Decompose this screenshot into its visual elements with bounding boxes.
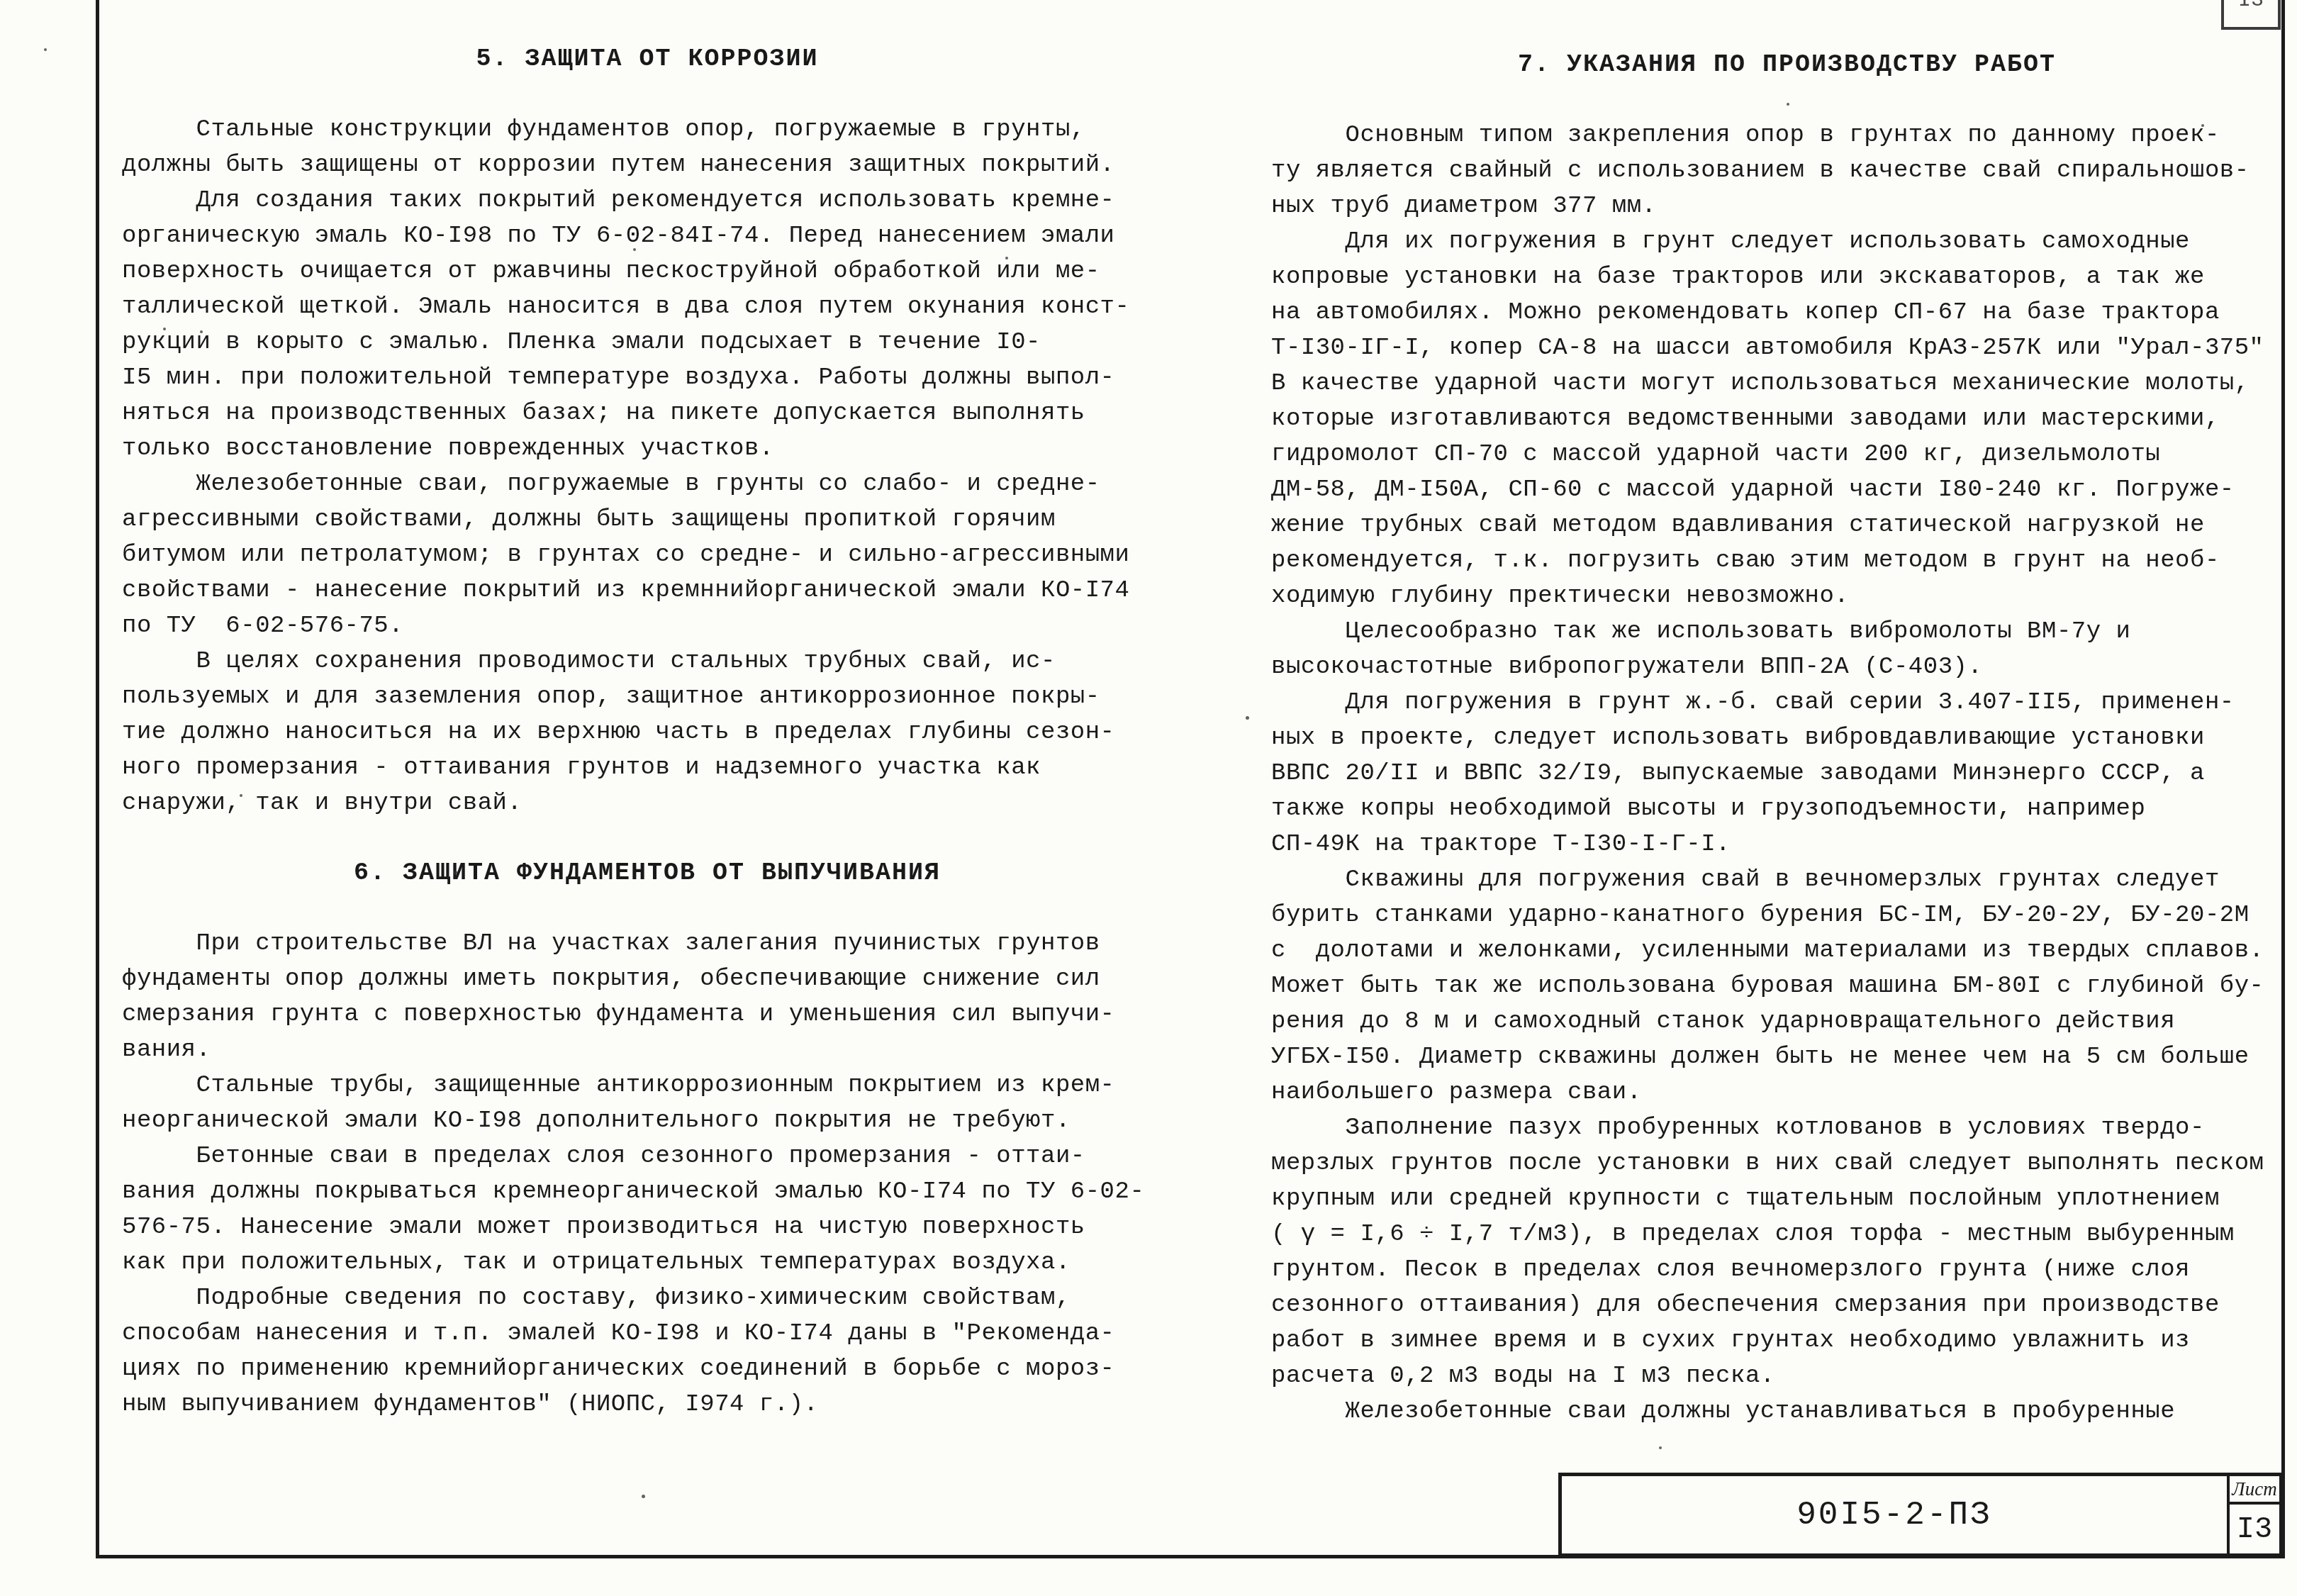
- section-heading: 7. УКАЗАНИЯ ПО ПРОИЗВОДСТВУ РАБОТ: [1271, 47, 2297, 82]
- text-line: бурить станками ударно-канатного бурения…: [1271, 898, 2297, 933]
- text-line: рукции в корыто с эмалью. Пленка эмали п…: [122, 325, 1173, 360]
- text-line: также копры необходимой высоты и грузопо…: [1271, 791, 2297, 827]
- text-line: Для их погружения в грунт следует исполь…: [1271, 224, 2297, 260]
- scanned-document-page: I3 5. ЗАЩИТА ОТ КОРРОЗИИ Стальные констр…: [0, 0, 2297, 1596]
- scan-speck: [1246, 716, 1249, 720]
- text-line: агрессивными свойствами, должны быть защ…: [122, 502, 1173, 537]
- text-line: неорганической эмали КО-I98 дополнительн…: [122, 1103, 1173, 1139]
- text-line: УГБХ-I50. Диаметр скважины должен быть н…: [1271, 1039, 2297, 1075]
- text-line: как при положительных, так и отрицательн…: [122, 1245, 1173, 1280]
- text-line: Т-I30-IГ-I, копер СА-8 на шасси автомоби…: [1271, 330, 2297, 366]
- text-line: вания должны покрываться кремнеорганичес…: [122, 1174, 1173, 1210]
- scan-speck: [1659, 1446, 1662, 1449]
- text-line: ту является свайный с использованием в к…: [1271, 153, 2297, 189]
- text-line: которые изготавливаются ведомственными з…: [1271, 401, 2297, 437]
- text-line: ного промерзания - оттаивания грунтов и …: [122, 750, 1173, 786]
- text-line: няться на производственных базах; на пик…: [122, 396, 1173, 431]
- scan-speck: [163, 328, 166, 330]
- scan-speck: [633, 248, 636, 251]
- text-line: ных труб диаметром 377 мм.: [1271, 189, 2297, 224]
- text-line: мерзлых грунтов после установки в них св…: [1271, 1146, 2297, 1181]
- text-line: копровые установки на базе тракторов или…: [1271, 260, 2297, 295]
- text-line: способам нанесения и т.п. эмалей КО-I98 …: [122, 1316, 1173, 1351]
- text-line: высокочастотные вибропогружатели ВПП-2А …: [1271, 649, 2297, 685]
- text-line: Железобетонные сваи, погружаемые в грунт…: [122, 467, 1173, 502]
- text-line: В целях сохранения проводимости стальных…: [122, 644, 1173, 679]
- text-line: ВВПС 20/II и ВВПС 32/I9, выпускаемые зав…: [1271, 756, 2297, 791]
- text-line: таллической щеткой. Эмаль наносится в дв…: [122, 289, 1173, 325]
- scan-speck: [454, 871, 457, 874]
- text-line: органическую эмаль КО-I98 по ТУ 6-02-84I…: [122, 218, 1173, 254]
- text-line: крупным или средней крупности с тщательн…: [1271, 1181, 2297, 1217]
- text-line: снаружи, так и внутри свай.: [122, 786, 1173, 821]
- scan-speck: [2201, 124, 2204, 127]
- text-line: циях по применению кремнийорганических с…: [122, 1351, 1173, 1387]
- text-line: Для погружения в грунт ж.-б. свай серии …: [1271, 685, 2297, 720]
- sheet-number: I3: [2230, 1505, 2279, 1553]
- text-line: пользуемых и для заземления опор, защитн…: [122, 679, 1173, 715]
- text-line: Заполнение пазух пробуренных котлованов …: [1271, 1110, 2297, 1146]
- corner-page-number: I3: [2238, 0, 2264, 13]
- text-line: рекомендуется, т.к. погрузить сваю этим …: [1271, 543, 2297, 579]
- text-line: Стальные конструкции фундаментов опор, п…: [122, 112, 1173, 147]
- text-line: I5 мин. при положительной температуре во…: [122, 360, 1173, 396]
- scan-speck: [1005, 257, 1008, 260]
- text-line: Подробные сведения по составу, физико-хи…: [122, 1280, 1173, 1316]
- text-line: работ в зимнее время и в сухих грунтах н…: [1271, 1323, 2297, 1358]
- text-line: Бетонные сваи в пределах слоя сезонного …: [122, 1139, 1173, 1174]
- text-line: сезонного оттаивания) для обеспечения см…: [1271, 1288, 2297, 1323]
- text-line: фундаменты опор должны иметь покрытия, о…: [122, 961, 1173, 997]
- text-line: жение трубных свай методом вдавливания с…: [1271, 508, 2297, 543]
- scan-speck: [642, 1495, 645, 1498]
- text-line: При строительстве ВЛ на участках залеган…: [122, 926, 1173, 961]
- text-line: В качестве ударной части могут использов…: [1271, 366, 2297, 401]
- text-line: Скважины для погружения свай в вечномерз…: [1271, 862, 2297, 898]
- text-line: Может быть так же использована буровая м…: [1271, 969, 2297, 1004]
- text-line: ходимую глубину пректически невозможно.: [1271, 579, 2297, 614]
- text-line: расчета 0,2 м3 воды на I м3 песка.: [1271, 1358, 2297, 1394]
- text-line: только восстановление поврежденных участ…: [122, 431, 1173, 467]
- text-line: на автомобилях. Можно рекомендовать копе…: [1271, 295, 2297, 330]
- scan-speck: [44, 48, 47, 51]
- text-line: Для создания таких покрытий рекомендуетс…: [122, 183, 1173, 218]
- text-line: поверхность очищается от ржавчины пескос…: [122, 254, 1173, 289]
- text-line: ных в проекте, следует использовать вибр…: [1271, 720, 2297, 756]
- column-right: 7. УКАЗАНИЯ ПО ПРОИЗВОДСТВУ РАБОТ Основн…: [1271, 47, 2297, 1429]
- scan-speck: [240, 794, 242, 797]
- document-code: 90I5-2-ПЗ: [1562, 1476, 2227, 1553]
- scan-speck: [200, 330, 203, 333]
- text-line: с долотами и желонками, усиленными матер…: [1271, 933, 2297, 969]
- text-line: Целесообразно так же использовать вибром…: [1271, 614, 2297, 649]
- text-line: вания.: [122, 1032, 1173, 1068]
- corner-page-number-box: I3: [2221, 0, 2281, 30]
- text-line: Основным типом закрепления опор в грунта…: [1271, 118, 2297, 153]
- column-left: 5. ЗАЩИТА ОТ КОРРОЗИИ Стальные конструкц…: [122, 41, 1173, 1422]
- text-line: битумом или петролатумом; в грунтах со с…: [122, 537, 1173, 573]
- text-line: Железобетонные сваи должны устанавливать…: [1271, 1394, 2297, 1429]
- text-line: ным выпучиванием фундаментов" (НИОПС, I9…: [122, 1387, 1173, 1422]
- text-line: наибольшего размера сваи.: [1271, 1075, 2297, 1110]
- text-line: СП-49К на тракторе Т-I30-I-Г-I.: [1271, 827, 2297, 862]
- text-line: должны быть защищены от коррозии путем н…: [122, 147, 1173, 183]
- section-heading: 6. ЗАЩИТА ФУНДАМЕНТОВ ОТ ВЫПУЧИВАНИЯ: [122, 855, 1173, 891]
- text-line: грунтом. Песок в пределах слоя вечномерз…: [1271, 1252, 2297, 1288]
- text-line: рения до 8 м и самоходный станок ударнов…: [1271, 1004, 2297, 1039]
- section-heading: 5. ЗАЩИТА ОТ КОРРОЗИИ: [122, 41, 1173, 77]
- text-line: ( γ = I,6 ÷ I,7 т/м3), в пределах слоя т…: [1271, 1217, 2297, 1252]
- text-line: гидромолот СП-70 с массой ударной части …: [1271, 437, 2297, 472]
- text-line: Стальные трубы, защищенные антикоррозион…: [122, 1068, 1173, 1103]
- scan-speck: [715, 165, 718, 169]
- text-line: смерзания грунта с поверхностью фундамен…: [122, 997, 1173, 1032]
- sheet-label: Лист: [2230, 1476, 2279, 1505]
- text-line: свойствами - нанесение покрытий из кремн…: [122, 573, 1173, 608]
- frame-border-left: [96, 0, 99, 1557]
- scan-speck: [1787, 103, 1789, 106]
- text-line: 576-75. Нанесение эмали может производит…: [122, 1210, 1173, 1245]
- text-line: по ТУ 6-02-576-75.: [122, 608, 1173, 644]
- title-block: 90I5-2-ПЗ Лист I3: [1558, 1473, 2283, 1557]
- sheet-cell: Лист I3: [2227, 1476, 2279, 1553]
- text-line: тие должно наноситься на их верхнюю част…: [122, 715, 1173, 750]
- text-line: ДМ-58, ДМ-I50А, СП-60 с массой ударной ч…: [1271, 472, 2297, 508]
